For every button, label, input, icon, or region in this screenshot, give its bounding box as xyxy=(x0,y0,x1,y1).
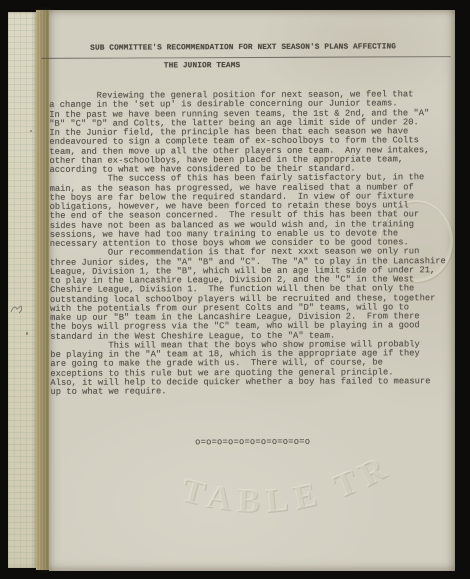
paper-speck xyxy=(26,332,28,335)
album-ledger-strip xyxy=(8,12,37,568)
paper-speck xyxy=(30,130,32,132)
document-page: TABLE TR TABLE TR SUB COMMITTEE'S RECOMM… xyxy=(49,10,455,571)
document-title-line-2: THE JUNIOR TEAMS xyxy=(52,62,352,71)
pencil-mark xyxy=(9,300,31,320)
document-title-line-1: SUB COMMITTEE'S RECOMMENDATION FOR NEXT … xyxy=(90,43,396,52)
section-divider: o=o=o=o=o=o=o=o=o=o=o xyxy=(50,436,456,448)
photo-frame: TABLE TR TABLE TR SUB COMMITTEE'S RECOMM… xyxy=(0,0,470,579)
document-body-text: Reviewing the general position for next … xyxy=(49,90,446,397)
typed-content: SUB COMMITTEE'S RECOMMENDATION FOR NEXT … xyxy=(48,9,456,572)
document-title: SUB COMMITTEE'S RECOMMENDATION FOR NEXT … xyxy=(52,36,352,88)
